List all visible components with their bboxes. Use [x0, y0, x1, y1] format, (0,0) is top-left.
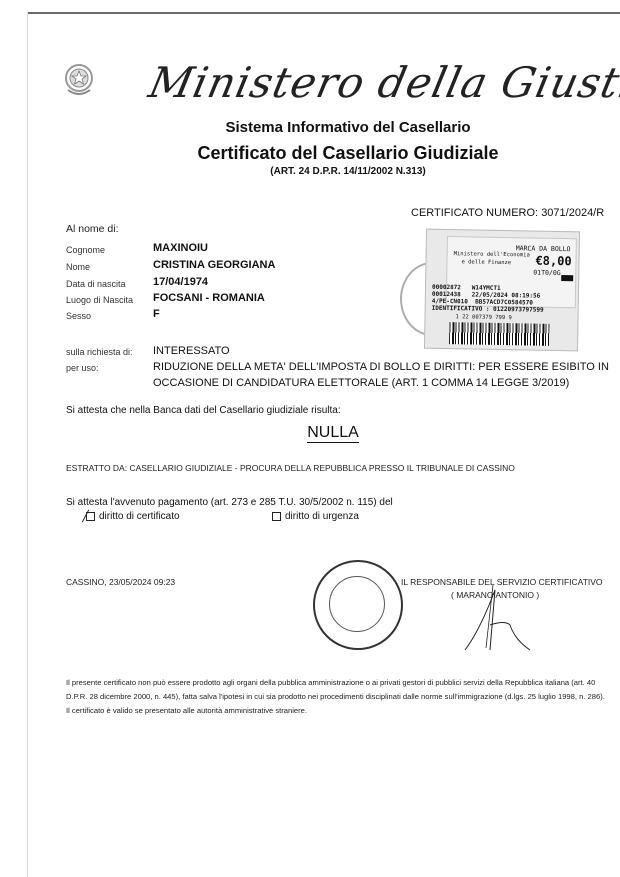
stamp-amount: €8,00 — [535, 254, 571, 269]
payment-option-urgency-label: diritto di urgenza — [285, 511, 359, 522]
stamp-line-4: IDENTIFICATIVO : 01220973797599 — [432, 305, 544, 314]
stamp-code: 01T0/0G — [533, 269, 561, 277]
checkbox-certificate-checked-icon — [86, 512, 95, 521]
certificate-number-value: 3071/2024/R — [541, 207, 604, 219]
handwritten-signature-icon — [460, 580, 540, 660]
name-label: Nome — [66, 262, 90, 272]
use-value-line1: RIDUZIONE DELLA META' DELL'IMPOSTA DI BO… — [153, 361, 609, 373]
use-label: per uso: — [66, 363, 99, 373]
result-value: NULLA — [0, 424, 620, 442]
birth-date-label: Data di nascita — [66, 279, 126, 289]
stamp-black-mark — [561, 275, 573, 281]
legal-notice: Il presente certificato non può essere p… — [66, 676, 606, 718]
birth-place-value: FOCSANI - ROMANIA — [153, 292, 265, 304]
payment-option-certificate: diritto di certificato — [86, 511, 180, 522]
page-edge-left — [27, 12, 28, 877]
stamp-barcode-text: 1 22 007379 799 9 — [455, 314, 511, 321]
requested-by-value: INTERESSATO — [153, 345, 230, 357]
seal-emblem-icon — [329, 576, 385, 632]
requested-by-label: sulla richiesta di: — [66, 347, 133, 357]
checkbox-urgency-icon — [272, 512, 281, 521]
birth-date-value: 17/04/1974 — [153, 276, 208, 288]
extract-source: ESTRATTO DA: CASELLARIO GIUDIZIALE - PRO… — [66, 463, 515, 473]
stamp-type: MARCA DA BOLLO — [516, 244, 571, 253]
stamp-barcode — [449, 322, 549, 346]
sex-value: F — [153, 308, 160, 320]
italian-republic-emblem-icon — [62, 62, 96, 98]
stamp-issuer-2: e delle Finanze — [461, 259, 511, 266]
certificate-number-label: CERTIFICATO NUMERO: — [411, 207, 538, 219]
person-section-label: Al nome di: — [66, 223, 119, 235]
page-edge-top — [28, 12, 620, 14]
surname-label: Cognome — [66, 245, 105, 255]
ministry-heading: Ministero della Giustizia — [145, 58, 620, 107]
law-reference: (ART. 24 D.P.R. 14/11/2002 N.313) — [0, 166, 620, 177]
birth-place-label: Luogo di Nascita — [66, 295, 133, 305]
payment-option-urgency: diritto di urgenza — [272, 511, 359, 522]
payment-statement: Si attesta l'avvenuto pagamento (art. 27… — [66, 497, 393, 508]
certificate-number: CERTIFICATO NUMERO: 3071/2024/R — [411, 207, 604, 219]
document-title: Certificato del Casellario Giudiziale — [0, 143, 620, 164]
system-title: Sistema Informativo del Casellario — [0, 119, 620, 136]
revenue-stamp: Ministero dell'Economia e delle Finanze … — [424, 229, 580, 352]
payment-option-certificate-label: diritto di certificato — [99, 511, 180, 522]
result-statement: Si attesta che nella Banca dati del Case… — [66, 405, 341, 416]
official-round-seal: CASELLARIO GIUDIZIALE * PROCURA DELLA RE… — [313, 560, 403, 650]
result-value-text: NULLA — [307, 424, 359, 443]
sex-label: Sesso — [66, 311, 91, 321]
name-value: CRISTINA GEORGIANA — [153, 259, 275, 271]
place-date: CASSINO, 23/05/2024 09:23 — [66, 577, 175, 587]
surname-value: MAXINOIU — [153, 242, 208, 254]
use-value-line2: OCCASIONE DI CANDIDATURA ELETTORALE (ART… — [153, 377, 569, 389]
